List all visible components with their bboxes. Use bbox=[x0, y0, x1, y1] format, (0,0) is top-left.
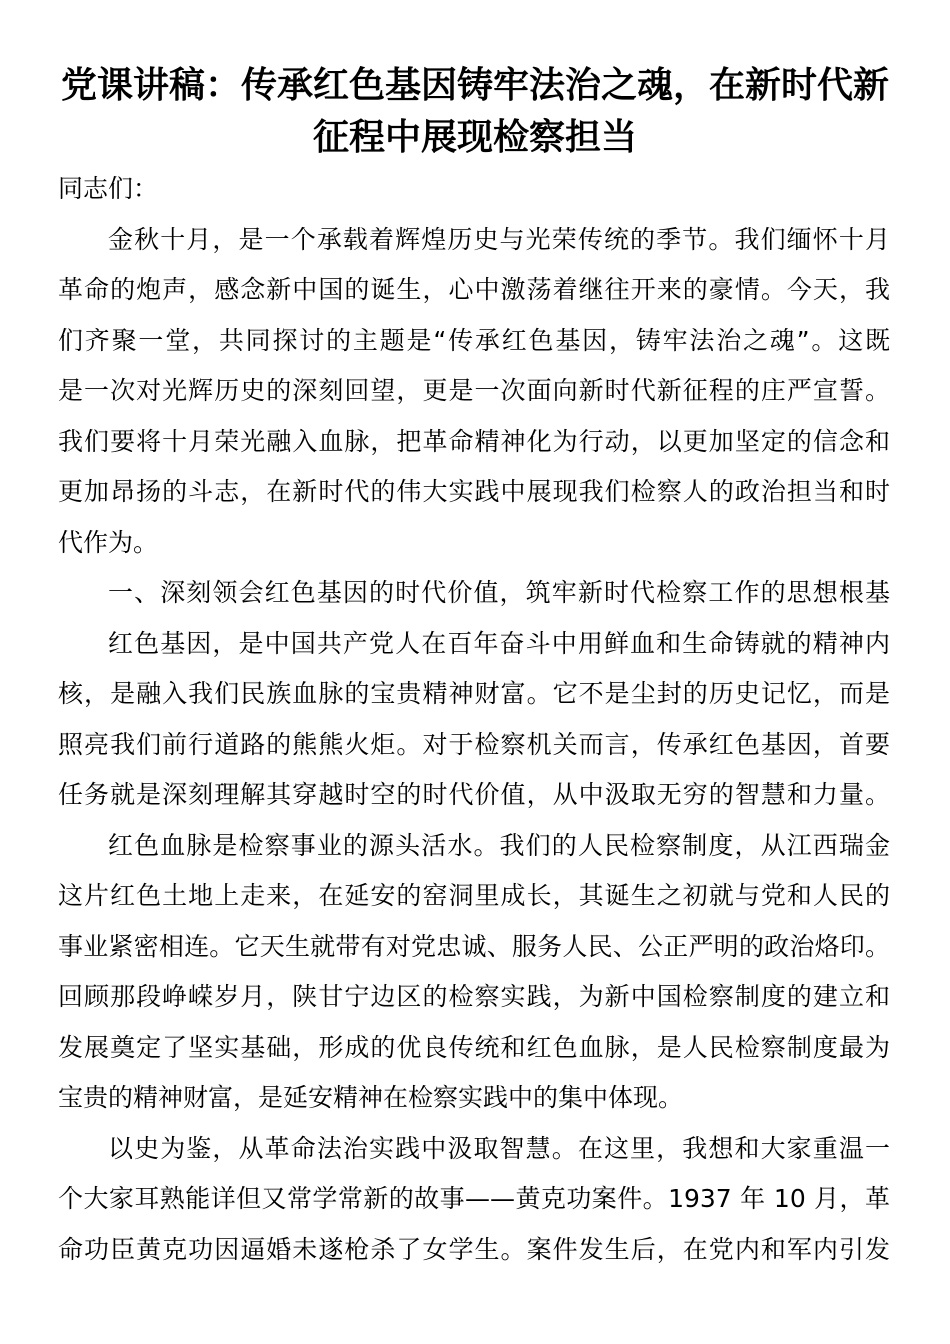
paragraph-line: 照亮我们前行道路的熊熊火炬。对于检察机关而言，传承红色基因，首要 bbox=[58, 720, 890, 771]
document-title-line-1: 党课讲稿：传承红色基因铸牢法治之魂，在新时代新 bbox=[40, 60, 910, 112]
document-title: 党课讲稿：传承红色基因铸牢法治之魂，在新时代新 征程中展现检察担当 bbox=[40, 60, 910, 164]
document-page: 党课讲稿：传承红色基因铸牢法治之魂，在新时代新 征程中展现检察担当 同志们： 金… bbox=[0, 0, 950, 1344]
paragraph-line: 宝贵的精神财富，是延安精神在检察实践中的集中体现。 bbox=[58, 1073, 890, 1124]
paragraph-line: 红色血脉是检察事业的源头活水。我们的人民检察制度，从江西瑞金 bbox=[58, 821, 890, 872]
paragraph-line: 我们要将十月荣光融入血脉，把革命精神化为行动，以更加坚定的信念和 bbox=[58, 417, 890, 468]
paragraph-line: 革命的炮声，感念新中国的诞生，心中激荡着继往开来的豪情。今天，我 bbox=[58, 265, 890, 316]
paragraph-line: 事业紧密相连。它天生就带有对党忠诚、服务人民、公正严明的政治烙印。 bbox=[58, 922, 890, 973]
paragraph-line: 金秋十月，是一个承载着辉煌历史与光荣传统的季节。我们缅怀十月 bbox=[58, 215, 890, 266]
paragraph-line: 们齐聚一堂，共同探讨的主题是“传承红色基因，铸牢法治之魂”。这既 bbox=[58, 316, 890, 367]
paragraph-line: 以史为鉴，从革命法治实践中汲取智慧。在这里，我想和大家重温一 bbox=[58, 1124, 890, 1175]
paragraph-line: 这片红色土地上走来，在延安的窑洞里成长，其诞生之初就与党和人民的 bbox=[58, 871, 890, 922]
paragraph-line: 发展奠定了坚实基础，形成的优良传统和红色血脉，是人民检察制度最为 bbox=[58, 1023, 890, 1074]
paragraph-line: 是一次对光辉历史的深刻回望，更是一次面向新时代新征程的庄严宣誓。 bbox=[58, 366, 890, 417]
paragraph-line: 红色基因，是中国共产党人在百年奋斗中用鲜血和生命铸就的精神内 bbox=[58, 619, 890, 670]
paragraph-line: 命功臣黄克功因逼婚未遂枪杀了女学生。案件发生后，在党内和军内引发 bbox=[58, 1225, 890, 1276]
paragraph-line: 代作为。 bbox=[58, 518, 890, 569]
paragraph-line: 回顾那段峥嵘岁月，陕甘宁边区的检察实践，为新中国检察制度的建立和 bbox=[58, 972, 890, 1023]
document-title-line-2: 征程中展现检察担当 bbox=[40, 112, 910, 164]
document-body: 同志们： 金秋十月，是一个承载着辉煌历史与光荣传统的季节。我们缅怀十月革命的炮声… bbox=[58, 164, 890, 1275]
paragraph-line: 个大家耳熟能详但又常学常新的故事——黄克功案件。1937 年 10 月，革 bbox=[58, 1174, 890, 1225]
salutation: 同志们： bbox=[58, 164, 890, 215]
section-heading-line: 一、深刻领会红色基因的时代价值，筑牢新时代检察工作的思想根基 bbox=[58, 568, 890, 619]
paragraph-line: 任务就是深刻理解其穿越时空的时代价值，从中汲取无穷的智慧和力量。 bbox=[58, 770, 890, 821]
paragraph-line: 更加昂扬的斗志，在新时代的伟大实践中展现我们检察人的政治担当和时 bbox=[58, 467, 890, 518]
paragraph-line: 核，是融入我们民族血脉的宝贵精神财富。它不是尘封的历史记忆，而是 bbox=[58, 669, 890, 720]
